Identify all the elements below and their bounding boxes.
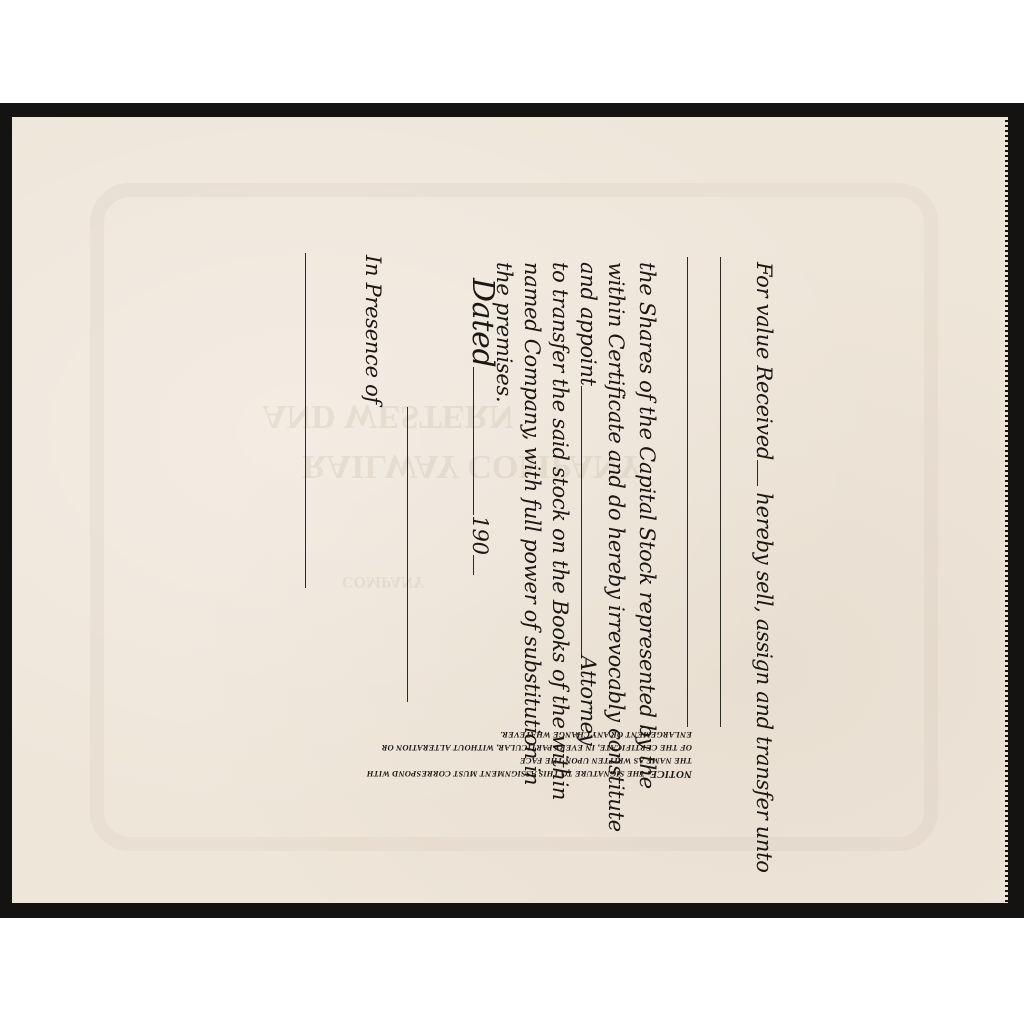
witness-blank-line	[305, 253, 306, 588]
named-company-text: named Company, with full power of substi…	[520, 262, 544, 785]
in-presence-of-text: In Presence of	[361, 255, 385, 404]
for-value-received-text: For value Received	[752, 262, 776, 460]
dated-label: Dated	[465, 278, 500, 367]
year-prefix: 190	[468, 515, 492, 554]
notice-line-2: of the certificate, in every particular,…	[352, 728, 692, 754]
date-blank	[473, 367, 474, 515]
assignment-line-4: and appointAttorney	[576, 262, 600, 745]
notice-text: Notice. The signature to this assignment…	[352, 728, 692, 780]
year-blank	[473, 555, 474, 575]
assignment-line-2: the Shares of the Capital Stock represen…	[635, 262, 659, 789]
in-presence-of-label: In Presence of	[361, 255, 385, 404]
transfer-said-stock-text: to transfer the said stock on the Books …	[548, 262, 572, 800]
and-appoint-text: and appoint	[576, 262, 600, 386]
signature-blank-line	[407, 407, 408, 702]
assign-transfer-text: hereby sell, assign and transfer unto	[752, 492, 776, 872]
capital-stock-text: the Shares of the Capital Stock represen…	[635, 262, 659, 789]
certificate-paper: AND WESTERN RAILWAY COMPANY COMPANY	[12, 117, 1005, 903]
transferee-blank-line	[720, 257, 721, 727]
assignment-line-1: For value Received hereby sell, assign a…	[752, 262, 776, 873]
dated-line: Dated190	[465, 278, 500, 575]
attorney-blank	[581, 386, 582, 656]
assignment-line-6: named Company, with full power of substi…	[520, 262, 544, 785]
transferee-blank-line-2	[687, 257, 688, 727]
notice-line-1: The signature to this assignment must co…	[367, 756, 692, 779]
show-through-subtitle: COMPANY	[342, 572, 424, 590]
assignment-line-5: to transfer the said stock on the Books …	[548, 262, 572, 800]
notice-lead: Notice.	[647, 768, 692, 780]
